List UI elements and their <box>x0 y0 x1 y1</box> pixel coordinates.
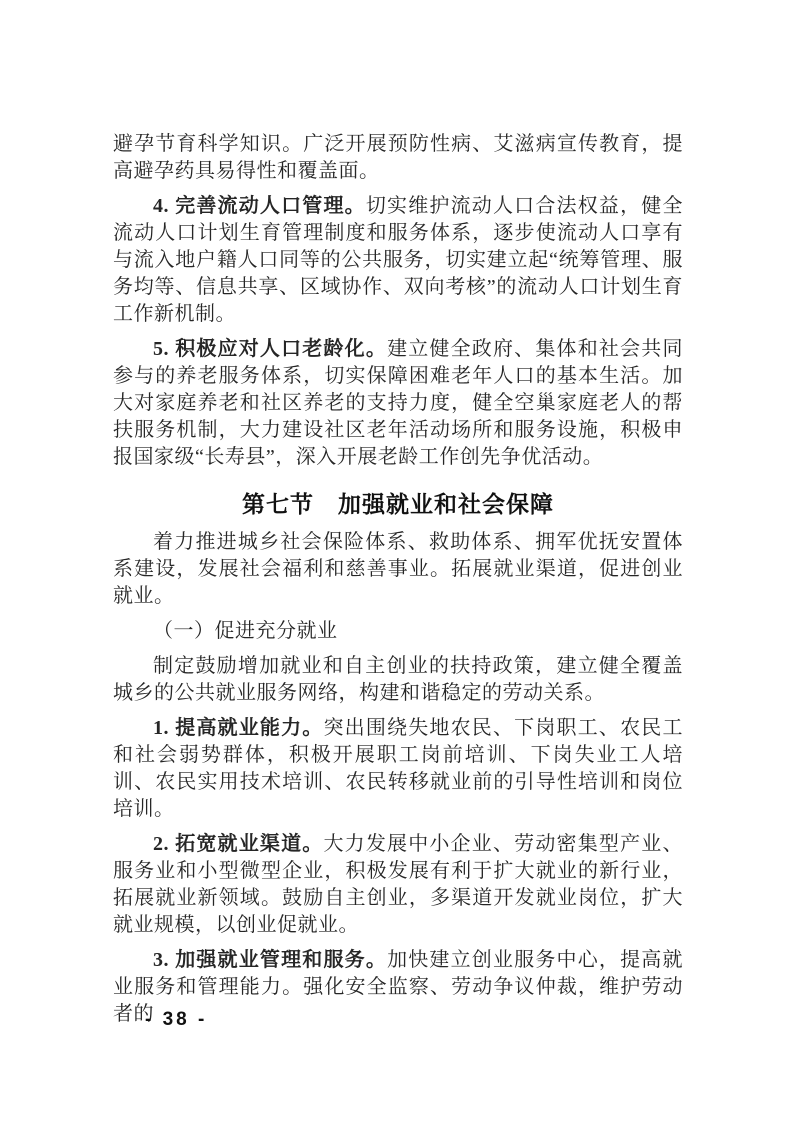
paragraph-job-2: 2. 拓宽就业渠道。大力发展中小企业、劳动密集型产业、服务业和小型微型企业，积极… <box>113 831 683 939</box>
page-number: - 38 - <box>145 1009 207 1031</box>
job-1-lead: 1. 提高就业能力。 <box>153 717 324 739</box>
job-2-lead: 2. 拓宽就业渠道。 <box>153 833 324 855</box>
paragraph-continuation-text: 避孕节育科学知识。广泛开展预防性病、艾滋病宣传教育，提高避孕药具易得性和覆盖面。 <box>113 133 683 182</box>
job-3-lead: 3. 加强就业管理和服务。 <box>153 949 387 971</box>
subsection-1-intro-text: 制定鼓励增加就业和自主创业的扶持政策，建立健全覆盖城乡的公共就业服务网络，构建和… <box>113 655 683 704</box>
section-7-heading: 第七节 加强就业和社会保障 <box>113 487 683 521</box>
document-page: 避孕节育科学知识。广泛开展预防性病、艾滋病宣传教育，提高避孕药具易得性和覆盖面。… <box>0 0 793 1122</box>
item-4-lead: 4. 完善流动人口管理。 <box>153 195 366 217</box>
item-5-lead: 5. 积极应对人口老龄化。 <box>153 338 387 360</box>
paragraph-item-4: 4. 完善流动人口管理。切实维护流动人口合法权益，健全流动人口计划生育管理制度和… <box>113 193 683 328</box>
paragraph-item-5: 5. 积极应对人口老龄化。建立健全政府、集体和社会共同参与的养老服务体系，切实保… <box>113 336 683 471</box>
section-7-intro-text: 着力推进城乡社会保险体系、救助体系、拥军优抚安置体系建设，发展社会福利和慈善事业… <box>113 531 683 607</box>
paragraph-section-7-intro: 着力推进城乡社会保险体系、救助体系、拥军优抚安置体系建设，发展社会福利和慈善事业… <box>113 529 683 610</box>
paragraph-continuation: 避孕节育科学知识。广泛开展预防性病、艾滋病宣传教育，提高避孕药具易得性和覆盖面。 <box>113 131 683 185</box>
paragraph-subsection-1-intro: 制定鼓励增加就业和自主创业的扶持政策，建立健全覆盖城乡的公共就业服务网络，构建和… <box>113 653 683 707</box>
text-block: 避孕节育科学知识。广泛开展预防性病、艾滋病宣传教育，提高避孕药具易得性和覆盖面。… <box>113 131 683 1028</box>
subsection-1-heading: （一）促进充分就业 <box>113 618 683 645</box>
paragraph-job-1: 1. 提高就业能力。突出围绕失地农民、下岗职工、农民工和社会弱势群体，积极开展职… <box>113 715 683 823</box>
